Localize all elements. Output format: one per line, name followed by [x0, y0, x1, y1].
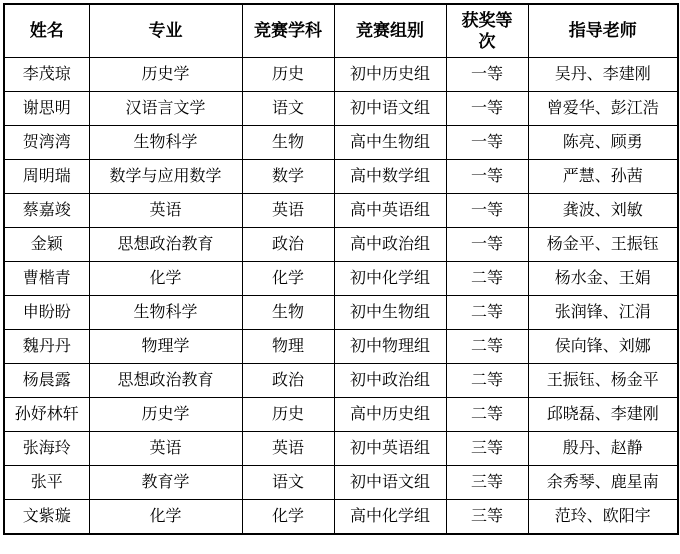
table-cell: 李茂琼 — [4, 58, 89, 92]
table-cell: 高中生物组 — [334, 126, 446, 160]
table-cell: 汉语言文学 — [89, 92, 242, 126]
table-cell: 魏丹丹 — [4, 330, 89, 364]
header-cell-6: 指导老师 — [528, 4, 678, 58]
table-cell: 英语 — [242, 432, 334, 466]
table-cell: 化学 — [89, 500, 242, 535]
table-cell: 历史 — [242, 398, 334, 432]
table-row: 张平教育学语文初中语文组三等余秀琴、鹿星南 — [4, 466, 678, 500]
table-cell: 数学 — [242, 160, 334, 194]
table-cell: 张平 — [4, 466, 89, 500]
table-cell: 英语 — [242, 194, 334, 228]
table-cell: 初中生物组 — [334, 296, 446, 330]
table-cell: 一等 — [446, 160, 528, 194]
table-cell: 三等 — [446, 466, 528, 500]
table-cell: 一等 — [446, 194, 528, 228]
table-row: 文紫璇化学化学高中化学组三等范玲、欧阳宇 — [4, 500, 678, 535]
table-cell: 英语 — [89, 194, 242, 228]
table-cell: 严慧、孙茜 — [528, 160, 678, 194]
table-cell: 思想政治教育 — [89, 228, 242, 262]
table-cell: 生物科学 — [89, 126, 242, 160]
table-cell: 化学 — [242, 500, 334, 535]
table-cell: 邱晓磊、李建刚 — [528, 398, 678, 432]
table-row: 周明瑞数学与应用数学数学高中数学组一等严慧、孙茜 — [4, 160, 678, 194]
table-cell: 贺湾湾 — [4, 126, 89, 160]
table-cell: 张海玲 — [4, 432, 89, 466]
table-row: 申盼盼生物科学生物初中生物组二等张润锋、江涓 — [4, 296, 678, 330]
table-cell: 思想政治教育 — [89, 364, 242, 398]
table-row: 曹楷青化学化学初中化学组二等杨水金、王娟 — [4, 262, 678, 296]
table-cell: 范玲、欧阳宇 — [528, 500, 678, 535]
table-row: 孙妤林轩历史学历史高中历史组二等邱晓磊、李建刚 — [4, 398, 678, 432]
table-cell: 王振钰、杨金平 — [528, 364, 678, 398]
table-cell: 初中英语组 — [334, 432, 446, 466]
table-cell: 周明瑞 — [4, 160, 89, 194]
table-cell: 政治 — [242, 364, 334, 398]
table-row: 金颖思想政治教育政治高中政治组一等杨金平、王振钰 — [4, 228, 678, 262]
table-cell: 初中语文组 — [334, 466, 446, 500]
table-cell: 侯向锋、刘娜 — [528, 330, 678, 364]
table-row: 蔡嘉竣英语英语高中英语组一等龚波、刘敏 — [4, 194, 678, 228]
table-cell: 高中数学组 — [334, 160, 446, 194]
table-row: 李茂琼历史学历史初中历史组一等吴丹、李建刚 — [4, 58, 678, 92]
table-cell: 历史学 — [89, 58, 242, 92]
table-cell: 二等 — [446, 262, 528, 296]
table-cell: 二等 — [446, 364, 528, 398]
table-cell: 教育学 — [89, 466, 242, 500]
table-cell: 二等 — [446, 330, 528, 364]
table-cell: 高中英语组 — [334, 194, 446, 228]
table-row: 魏丹丹物理学物理初中物理组二等侯向锋、刘娜 — [4, 330, 678, 364]
table-cell: 化学 — [242, 262, 334, 296]
table-cell: 生物科学 — [89, 296, 242, 330]
table-cell: 二等 — [446, 398, 528, 432]
header-cell-4: 竞赛组别 — [334, 4, 446, 58]
table-cell: 杨晨露 — [4, 364, 89, 398]
table-cell: 殷丹、赵静 — [528, 432, 678, 466]
table-cell: 吴丹、李建刚 — [528, 58, 678, 92]
table-cell: 申盼盼 — [4, 296, 89, 330]
table-cell: 高中化学组 — [334, 500, 446, 535]
table-cell: 初中历史组 — [334, 58, 446, 92]
header-cell-3: 竞赛学科 — [242, 4, 334, 58]
table-cell: 物理 — [242, 330, 334, 364]
table-cell: 政治 — [242, 228, 334, 262]
table-cell: 文紫璇 — [4, 500, 89, 535]
table-cell: 曹楷青 — [4, 262, 89, 296]
table-cell: 初中化学组 — [334, 262, 446, 296]
table-cell: 初中物理组 — [334, 330, 446, 364]
table-cell: 金颖 — [4, 228, 89, 262]
table-cell: 历史学 — [89, 398, 242, 432]
table-cell: 三等 — [446, 432, 528, 466]
header-row: 姓名专业竞赛学科竞赛组别获奖等次指导老师 — [4, 4, 678, 58]
table-cell: 陈亮、顾勇 — [528, 126, 678, 160]
table-cell: 二等 — [446, 296, 528, 330]
table-cell: 余秀琴、鹿星南 — [528, 466, 678, 500]
table-cell: 初中政治组 — [334, 364, 446, 398]
table-cell: 一等 — [446, 228, 528, 262]
table-cell: 生物 — [242, 296, 334, 330]
table-body: 李茂琼历史学历史初中历史组一等吴丹、李建刚谢思明汉语言文学语文初中语文组一等曾爱… — [4, 58, 678, 535]
table-cell: 生物 — [242, 126, 334, 160]
table-cell: 化学 — [89, 262, 242, 296]
table-cell: 曾爱华、彭江浩 — [528, 92, 678, 126]
header-cell-2: 专业 — [89, 4, 242, 58]
header-cell-1: 姓名 — [4, 4, 89, 58]
table-cell: 语文 — [242, 466, 334, 500]
table-cell: 高中政治组 — [334, 228, 446, 262]
table-cell: 历史 — [242, 58, 334, 92]
table-cell: 杨金平、王振钰 — [528, 228, 678, 262]
table-cell: 高中历史组 — [334, 398, 446, 432]
table-cell: 语文 — [242, 92, 334, 126]
table-header: 姓名专业竞赛学科竞赛组别获奖等次指导老师 — [4, 4, 678, 58]
table-cell: 一等 — [446, 92, 528, 126]
table-cell: 三等 — [446, 500, 528, 535]
table-cell: 一等 — [446, 126, 528, 160]
table-cell: 蔡嘉竣 — [4, 194, 89, 228]
table-cell: 谢思明 — [4, 92, 89, 126]
awards-table: 姓名专业竞赛学科竞赛组别获奖等次指导老师 李茂琼历史学历史初中历史组一等吴丹、李… — [3, 3, 679, 535]
table-cell: 英语 — [89, 432, 242, 466]
table-cell: 初中语文组 — [334, 92, 446, 126]
table-row: 贺湾湾生物科学生物高中生物组一等陈亮、顾勇 — [4, 126, 678, 160]
table-row: 杨晨露思想政治教育政治初中政治组二等王振钰、杨金平 — [4, 364, 678, 398]
table-cell: 龚波、刘敏 — [528, 194, 678, 228]
table-cell: 物理学 — [89, 330, 242, 364]
table-cell: 一等 — [446, 58, 528, 92]
table-cell: 数学与应用数学 — [89, 160, 242, 194]
table-cell: 孙妤林轩 — [4, 398, 89, 432]
table-row: 张海玲英语英语初中英语组三等殷丹、赵静 — [4, 432, 678, 466]
table-cell: 杨水金、王娟 — [528, 262, 678, 296]
header-cell-5: 获奖等次 — [446, 4, 528, 58]
table-cell: 张润锋、江涓 — [528, 296, 678, 330]
table-row: 谢思明汉语言文学语文初中语文组一等曾爱华、彭江浩 — [4, 92, 678, 126]
